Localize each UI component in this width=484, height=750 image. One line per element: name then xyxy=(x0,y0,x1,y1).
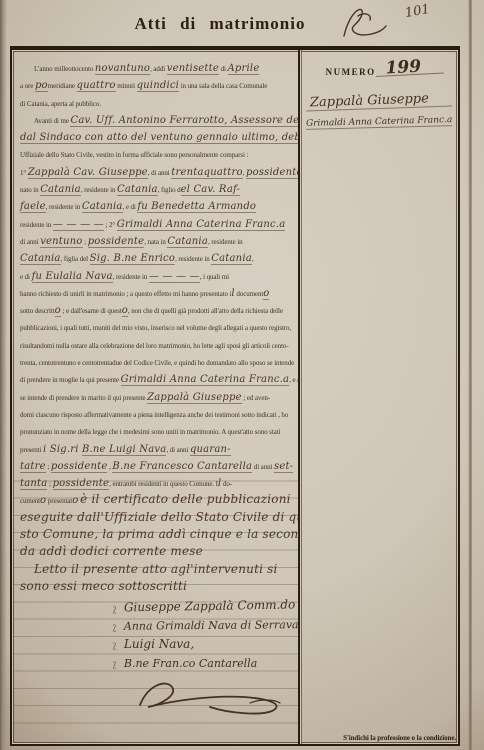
act-text-line: dal Sindaco con atto del ventuno gennaio… xyxy=(20,127,290,144)
signature: B.ne Fran.co Cantarella xyxy=(112,654,298,673)
handwritten-text: Grimaldi Anna Caterina Franc.a xyxy=(117,219,286,231)
handwritten-text: B.ne Francesco Cantarella xyxy=(112,461,252,473)
margin-groom-name: Zappalà Giuseppe xyxy=(305,90,452,111)
printed-text: , entrambi residenti in questo Comune. I xyxy=(109,480,218,488)
scanned-marriage-record-page: Atti di matrimonio 101 L'anno milleottoc… xyxy=(0,0,484,750)
handwritten-text: el Cav. Raf- xyxy=(181,184,241,196)
printed-text: , residente in xyxy=(113,273,149,281)
handwritten-text: quattro xyxy=(77,80,116,92)
printed-text: ; xyxy=(47,480,52,488)
act-text-line: tatre ; possidente , B.ne Francesco Cant… xyxy=(20,456,290,473)
signature: Anna Grimaldi Nava di Serravalle xyxy=(112,615,298,636)
official-signature-flourish xyxy=(132,675,298,721)
printed-text: L'anno milleottocento xyxy=(34,65,95,73)
handwritten-text: Aprile xyxy=(228,63,260,75)
handwritten-text: possidente xyxy=(53,478,110,490)
handwritten-text: novantuno xyxy=(95,63,150,75)
handwritten-text: — — — — xyxy=(53,219,104,231)
numero-value: 199 xyxy=(375,58,444,77)
handwritten-text: possidente xyxy=(88,236,145,248)
handwritten-text: Catania xyxy=(82,201,123,213)
form-footnote: S'indichi la professione o la condizione… xyxy=(343,734,456,742)
printed-text: di xyxy=(219,65,228,73)
signature: Luigi Nava, xyxy=(112,635,298,654)
printed-text: di anni xyxy=(20,238,40,246)
margin-bride-name: Grimaldi Anna Caterina Franc.a xyxy=(306,115,453,130)
act-body-column: L'anno milleottocento novantuno, addì ve… xyxy=(12,50,298,744)
handwritten-text: quaran- xyxy=(190,444,231,456)
handwritten-text: Letto il presente atto agl'intervenuti s… xyxy=(34,562,278,576)
act-text-line: sto Comune, la prima addì cinque e la se… xyxy=(20,525,290,542)
handwritten-text: Zappalà Cav. Giuseppe xyxy=(28,167,148,179)
handwritten-text: Grimaldi Anna Caterina Franc.a xyxy=(121,374,290,386)
printed-text: , xyxy=(252,255,254,263)
clerk-monogram-flourish xyxy=(330,2,394,44)
handwritten-text: Zappalà Giuseppe xyxy=(147,392,242,404)
margin-column: NUMERO 199 Zappalà Giuseppe Grimaldi Ann… xyxy=(298,50,458,744)
printed-text: nato in xyxy=(20,186,40,194)
printed-text: di prendere in moglie la qui presente xyxy=(20,376,121,384)
printed-text: , i quali mi xyxy=(200,273,229,281)
act-text-line: eseguite dall'Uffiziale dello Stato Civi… xyxy=(20,508,290,525)
handwritten-text: eseguite dall'Uffiziale dello Stato Civi… xyxy=(20,510,298,524)
handwritten-text: — — — — xyxy=(149,271,200,283)
printed-text: sotto descritt xyxy=(20,307,55,315)
act-text-line: Uffiziale dello Stato Civile, vestito in… xyxy=(20,144,290,161)
handwritten-text: i Sig.ri xyxy=(43,444,82,455)
handwritten-text: tatre xyxy=(20,461,46,473)
printed-text: residente in xyxy=(20,221,53,229)
printed-text: minuti xyxy=(116,82,137,90)
act-text-line: Avanti di me Cav. Uff. Antonino Ferrarot… xyxy=(20,110,290,127)
printed-text: pubblicazioni, i quali tutti, muniti del… xyxy=(20,324,291,332)
printed-text: a ore xyxy=(20,82,35,90)
act-text-line: sono essi meco sottoscritti xyxy=(20,577,290,594)
printed-text: do- xyxy=(221,480,232,488)
act-text-line: di Catania, aperta al pubblico. xyxy=(20,93,290,110)
printed-text: di Catania, aperta al pubblico. xyxy=(20,100,101,108)
handwritten-text: ventisette xyxy=(167,63,219,75)
page-header: Atti di matrimonio 101 xyxy=(0,0,470,46)
printed-text: hanno richiesto di unirli in matrimonio … xyxy=(20,290,231,298)
handwritten-text: o xyxy=(263,288,269,300)
act-text-line: Catania, figlia del Sig. B.ne Enrico, re… xyxy=(20,248,290,265)
printed-text: , residente in xyxy=(81,186,117,194)
act-text-line: domi ciascuno risposto affermativamente … xyxy=(20,404,290,421)
handwritten-text: ventuno xyxy=(40,236,82,248)
handwritten-text: fu Eulalia Nava xyxy=(32,271,113,283)
scan-right-edge xyxy=(468,0,472,750)
printed-text: ; xyxy=(83,238,88,246)
handwritten-text: sono essi meco sottoscritti xyxy=(20,579,187,593)
handwritten-text: set- xyxy=(274,461,293,473)
handwritten-text: Catania xyxy=(117,184,158,196)
act-text-line: risultandomi nulla ostare alla celebrazi… xyxy=(20,335,290,352)
handwritten-text: fu Benedetta Armando xyxy=(137,201,256,213)
numero-label: NUMERO xyxy=(326,67,376,77)
handwritten-text: dal Sindaco con atto del ventuno gennaio… xyxy=(20,132,298,144)
handwritten-text: Cav. Uff. Antonino Ferrarotto, Assessore… xyxy=(70,115,297,127)
act-text-line: pronunziato in nome della legge che i me… xyxy=(20,421,290,438)
handwritten-text: tanta xyxy=(20,478,47,490)
act-text-line: sotto descritto ; e dall'esame di questo… xyxy=(20,300,290,317)
act-text-line: se intende di prendere in marito il qui … xyxy=(20,387,290,404)
act-text-line: pubblicazioni, i quali tutti, muniti del… xyxy=(20,317,290,334)
act-text-line: faele, residente in Catania, e di fu Ben… xyxy=(20,196,290,213)
marriage-act-form: L'anno milleottocento novantuno, addì ve… xyxy=(10,46,460,746)
act-text: L'anno milleottocento novantuno, addì ve… xyxy=(12,58,298,594)
act-number-row: NUMERO 199 xyxy=(326,62,444,77)
handwritten-text: è il certificato delle pubblicazioni xyxy=(80,492,291,506)
handwritten-text: quindici xyxy=(137,80,179,92)
printed-text: se intende di prendere in marito il qui … xyxy=(20,394,147,402)
act-text-line: 1° Zappalà Cav. Giuseppe, di anni trenta… xyxy=(20,162,290,179)
handwritten-text: Catania xyxy=(211,253,252,265)
act-text-line: Letto il presente atto agl'intervenuti s… xyxy=(20,560,290,577)
act-text-line: a ore pomeridiane quattro minuti quindic… xyxy=(20,75,290,92)
printed-text: Uffiziale dello Stato Civile, vestito in… xyxy=(20,151,248,159)
printed-text: trenta, centotrentuno e centotrentadue d… xyxy=(20,359,294,367)
act-text-line: trenta, centotrentuno e centotrentadue d… xyxy=(20,352,290,369)
printed-text: e di xyxy=(20,273,32,281)
act-text-line: residente in — — — — ; 2° Grimaldi Anna … xyxy=(20,214,290,231)
handwritten-text: Catania xyxy=(20,253,61,265)
act-text-line: presenti i Sig.ri B.ne Luigi Nava, di an… xyxy=(20,439,290,456)
handwritten-text: B.ne Luigi Nava xyxy=(82,444,166,456)
printed-text: ; 2° xyxy=(104,221,117,229)
printed-text: in una sala della casa Comunale xyxy=(179,82,267,90)
printed-text: , residente in xyxy=(175,255,211,263)
handwritten-text: o xyxy=(72,495,78,506)
act-text-line: da addì dodici corrente mese xyxy=(20,542,290,559)
printed-text: presenti xyxy=(20,446,43,454)
printed-text: , e a questa xyxy=(289,376,297,384)
printed-text: , addì xyxy=(150,65,167,73)
printed-text: , figlio d xyxy=(158,186,181,194)
scan-left-edge xyxy=(0,0,7,750)
handwritten-text: Catania xyxy=(40,184,81,196)
handwritten-text: sto Comune, la prima addì cinque e la se… xyxy=(20,527,298,541)
handwritten-text: faele xyxy=(20,201,46,213)
signature-block: Giuseppe Zappalà Comm.doAnna Grimaldi Na… xyxy=(12,597,298,673)
printed-text: risultandomi nulla ostare alla celebrazi… xyxy=(20,342,289,350)
printed-text: Avanti di me xyxy=(34,117,70,125)
printed-text: , non che di quelli già prodotti all'att… xyxy=(128,307,283,315)
act-text-line: nato in Catania, residente in Catania, f… xyxy=(20,179,290,196)
act-text-line: di anni ventuno ; possidente, nata in Ca… xyxy=(20,231,290,248)
act-text-line: tanta ; possidente, entrambi residenti i… xyxy=(20,473,290,490)
handwritten-text: possidente. xyxy=(246,167,298,179)
printed-text: document xyxy=(235,290,263,298)
printed-text: , residente in xyxy=(208,238,243,246)
printed-text: , residente in xyxy=(46,203,82,211)
printed-text: meridiane xyxy=(48,82,77,90)
printed-text: , di anni xyxy=(166,446,190,454)
printed-text: 1° xyxy=(20,169,28,177)
act-text-line: hanno richiesto di unirli in matrimonio … xyxy=(20,283,290,300)
act-text-line: di prendere in moglie la qui presente Gr… xyxy=(20,369,290,386)
printed-text: presentat xyxy=(46,497,72,505)
printed-text: pronunziato in nome della legge che i me… xyxy=(20,428,280,436)
act-text-line: e di fu Eulalia Nava, residente in — — —… xyxy=(20,266,290,283)
handwritten-text: da addì dodici corrente mese xyxy=(20,544,203,558)
act-text-line: L'anno milleottocento novantuno, addì ve… xyxy=(20,58,290,75)
printed-text: , figlia del xyxy=(61,255,90,263)
handwritten-text: possidente xyxy=(51,461,108,473)
handwritten-text: Catania xyxy=(167,236,208,248)
printed-text: di anni xyxy=(252,463,274,471)
handwritten-text: po xyxy=(35,80,48,92)
printed-text: , e di xyxy=(123,203,138,211)
printed-text: , nata in xyxy=(144,238,167,246)
printed-text: , di anni xyxy=(148,169,172,177)
handwritten-text: trentaquattro xyxy=(171,167,242,179)
printed-text: domi ciascuno risposto affermativamente … xyxy=(20,411,288,419)
handwritten-text: Sig. B.ne Enrico xyxy=(90,253,175,265)
printed-text: ; ed aven- xyxy=(242,394,270,402)
printed-text: cument xyxy=(20,497,40,505)
act-text-line: cumento presentato è il certificato dell… xyxy=(20,490,290,507)
printed-text: ; e dall'esame di quest xyxy=(61,307,122,315)
